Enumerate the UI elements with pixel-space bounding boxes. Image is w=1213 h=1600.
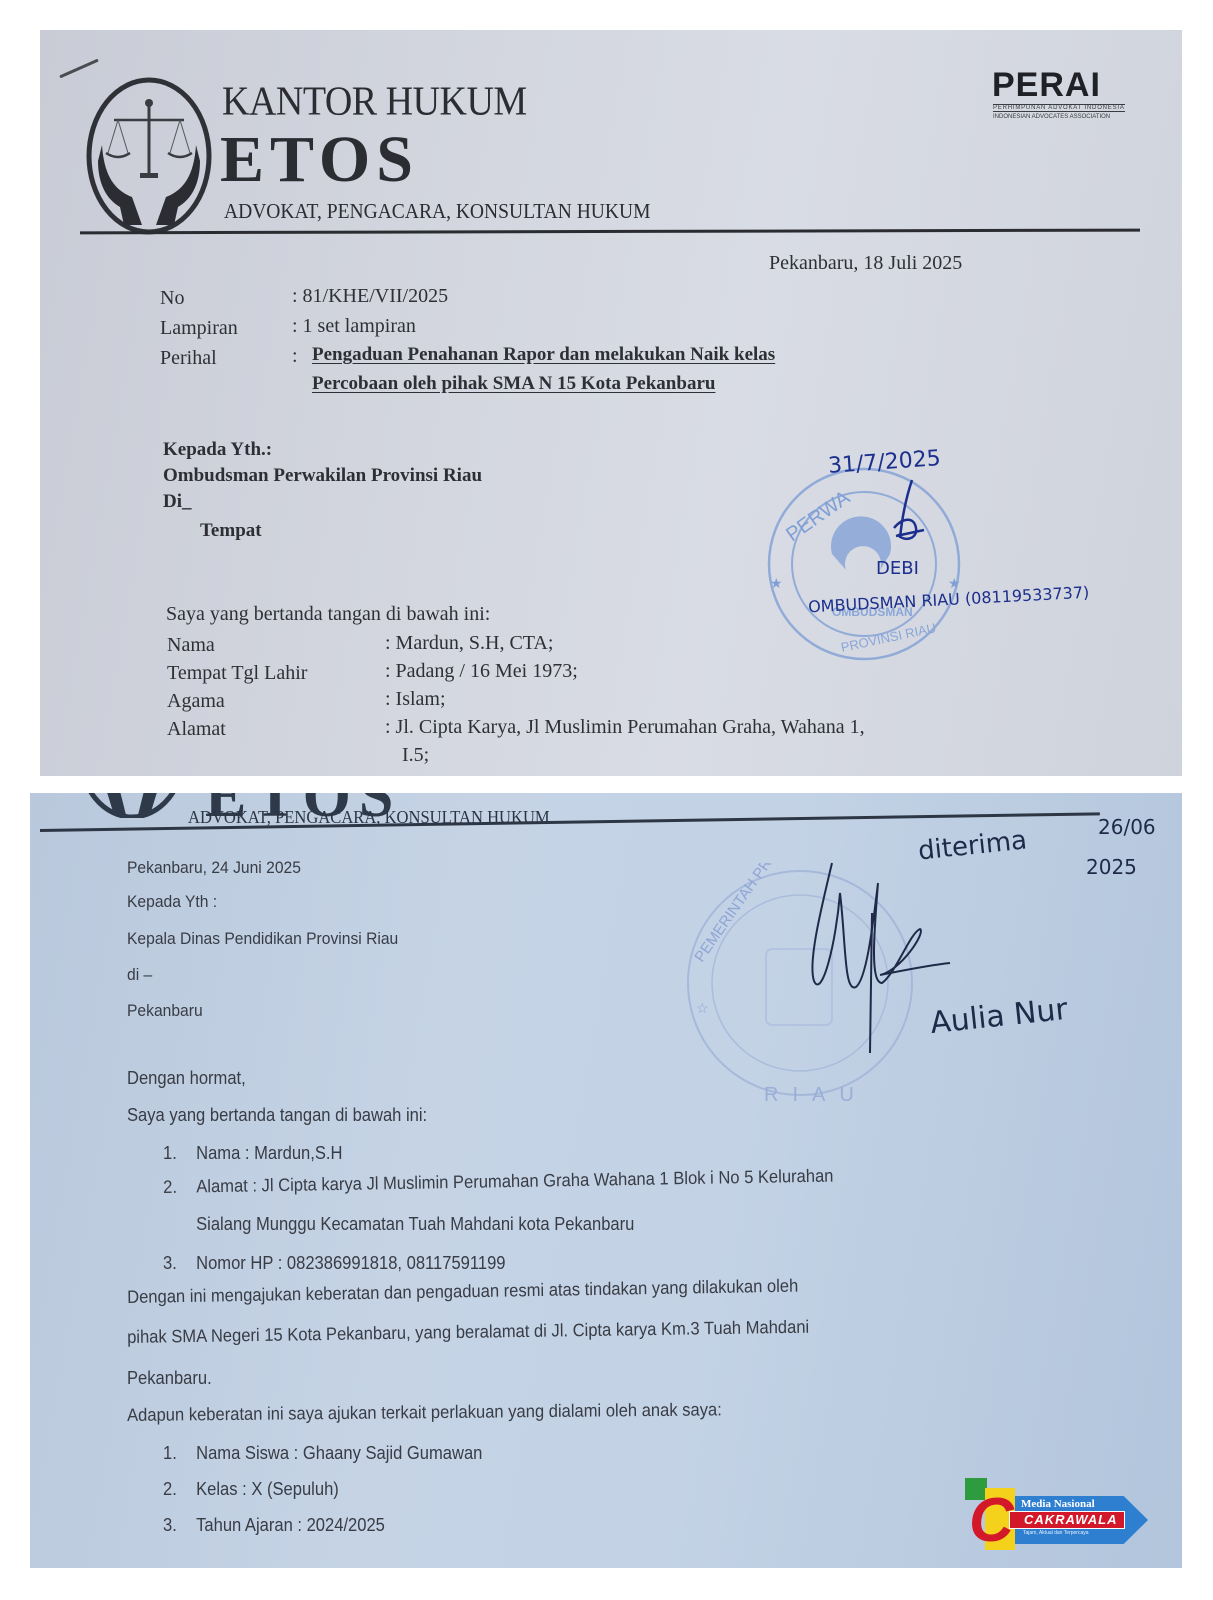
- identity-label-alamat: Alamat: [167, 718, 226, 741]
- meta-value-no: : 81/KHE/VII/2025: [292, 285, 448, 308]
- badge-name: CAKRAWALA: [1009, 1511, 1125, 1529]
- student-item: 1.Nama Siswa : Ghaany Sajid Gumawan: [163, 1443, 482, 1464]
- office-label: KANTOR HUKUM: [222, 78, 527, 126]
- badge-tagline: Tajam, Aktual dan Terpercaya: [1023, 1530, 1089, 1536]
- badge-top-line: Media Nasional: [1021, 1498, 1095, 1510]
- letter-photo-dinas: ETOS ADVOKAT, PENGACARA, KONSULTAN HUKUM…: [30, 793, 1182, 1568]
- handwritten-receiver-name: DEBI: [876, 558, 919, 579]
- complainant-item: 2.Alamat : Jl Cipta karya Jl Muslimin Pe…: [163, 1166, 834, 1198]
- identity-label-nama: Nama: [167, 634, 215, 657]
- recipient-di: Di_: [163, 491, 192, 513]
- scales-of-justice-hands-icon: [84, 75, 214, 237]
- place-date: Pekanbaru, 24 Juni 2025: [127, 858, 301, 878]
- meta-label-no: No: [160, 287, 184, 310]
- recipient-line-4: Pekanbaru: [127, 1001, 203, 1021]
- body-line: pihak SMA Negeri 15 Kota Pekanbaru, yang…: [127, 1317, 809, 1348]
- association-name-en: INDONESIAN ADVOCATES ASSOCIATION: [993, 114, 1110, 120]
- media-cakrawala-watermark: C Media Nasional CAKRAWALA Tajam, Aktual…: [965, 1478, 1160, 1564]
- identity-value-alamat-cont: I.5;: [402, 744, 429, 767]
- handwritten-received-date-2: 2025: [1086, 855, 1137, 879]
- recipient-tempat: Tempat: [200, 520, 262, 542]
- recipient-line-1: Kepada Yth :: [127, 892, 217, 912]
- recipient-line-3: di –: [127, 965, 152, 985]
- svg-text:★: ★: [770, 577, 783, 592]
- complainant-item: 1.Nama : Mardun,S.H: [163, 1143, 342, 1164]
- identity-value-nama: : Mardun, S.H, CTA;: [385, 632, 553, 655]
- body-line: Pekanbaru.: [127, 1368, 212, 1389]
- firm-name: ETOS: [220, 122, 419, 198]
- association-name: PERHIMPUNAN ADVOKAT INDONESIA: [993, 104, 1125, 112]
- recipient-name: Ombudsman Perwakilan Provinsi Riau: [163, 465, 482, 487]
- place-date: Pekanbaru, 18 Juli 2025: [769, 252, 962, 275]
- firm-services: ADVOKAT, PENGACARA, KONSULTAN HUKUM: [224, 199, 650, 224]
- meta-colon-perihal: :: [292, 345, 298, 368]
- subject-line-1: Pengaduan Penahanan Rapor dan melakukan …: [312, 344, 775, 366]
- recipient-salutation: Kepada Yth.:: [163, 439, 272, 461]
- handwritten-signature: [888, 478, 928, 550]
- body-line: Dengan ini mengajukan keberatan dan peng…: [127, 1276, 798, 1308]
- greeting: Dengan hormat,: [127, 1068, 246, 1089]
- handwritten-received-word: diterima: [917, 825, 1029, 866]
- svg-text:☆: ☆: [696, 1002, 709, 1017]
- svg-text:PROVINSI RIAU: PROVINSI RIAU: [840, 620, 938, 655]
- identity-label-agama: Agama: [167, 690, 225, 713]
- svg-text:PEMERINTAH PR: PEMERINTAH PR: [691, 863, 775, 965]
- svg-text:RIAU: RIAU: [764, 1084, 868, 1106]
- meta-label-lampiran: Lampiran: [160, 317, 238, 340]
- meta-label-perihal: Perihal: [160, 347, 217, 370]
- meta-value-lampiran: : 1 set lampiran: [292, 315, 416, 338]
- identity-label-ttl: Tempat Tgl Lahir: [167, 662, 307, 685]
- complainant-item: 3.Nomor HP : 082386991818, 08117591199: [163, 1253, 505, 1274]
- recipient-line-2: Kepala Dinas Pendidikan Provinsi Riau: [127, 929, 398, 949]
- letter-photo-ombudsman: KANTOR HUKUM ETOS ADVOKAT, PENGACARA, KO…: [40, 30, 1182, 776]
- ombudsman-received-stamp: PERWA OMBUDSMAN PROVINSI RIAU ★ ★: [762, 462, 967, 667]
- letterhead-divider: [80, 229, 1140, 235]
- identity-value-agama: : Islam;: [385, 688, 446, 711]
- complainant-item-cont: Sialang Munggu Kecamatan Tuah Mahdani ko…: [163, 1214, 634, 1235]
- identity-value-ttl: : Padang / 16 Mei 1973;: [385, 660, 578, 683]
- intro-line: Saya yang bertanda tangan di bawah ini:: [166, 603, 490, 626]
- student-item: 3.Tahun Ajaran : 2024/2025: [163, 1515, 385, 1536]
- identity-value-alamat: : Jl. Cipta Karya, Jl Muslimin Perumahan…: [385, 716, 865, 739]
- scales-of-justice-hands-icon: [70, 793, 180, 818]
- student-item: 2.Kelas : X (Sepuluh): [163, 1479, 339, 1500]
- handwritten-received-date-1: 26/06: [1098, 815, 1156, 839]
- association-logo: PERAI: [992, 66, 1101, 105]
- body-line: Adapun keberatan ini saya ajukan terkait…: [127, 1399, 722, 1426]
- subject-line-2: Percobaan oleh pihak SMA N 15 Kota Pekan…: [312, 373, 715, 395]
- intro-line: Saya yang bertanda tangan di bawah ini:: [127, 1105, 427, 1126]
